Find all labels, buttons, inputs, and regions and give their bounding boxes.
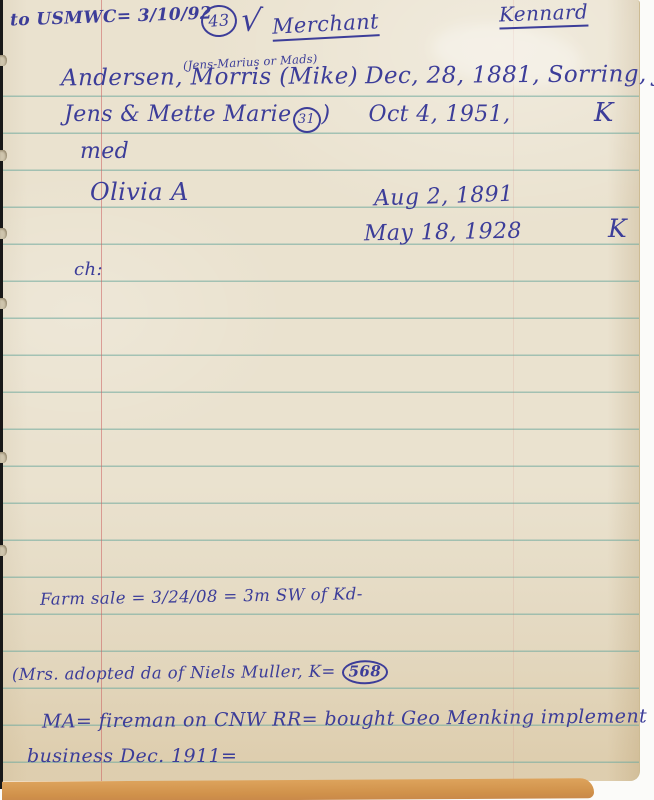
marriage-word: med (80, 140, 129, 163)
torn-hole (0, 545, 7, 556)
check-mark-icon: √ (239, 3, 264, 39)
parents-line: Jens & Mette Marie 31 ) Oct 4, 1951, (64, 103, 510, 131)
torn-hole (0, 228, 7, 239)
torn-hole (0, 298, 7, 309)
faint-margin-line (513, 0, 514, 781)
farm-sale-note: Farm sale = 3/24/08 = 3m SW of Kd- (40, 585, 363, 608)
notebook-page: to USMWC= 3/10/92 43 √ Merchant Kennard … (2, 0, 640, 781)
underlying-page-edge (2, 778, 594, 800)
adoption-note: (Mrs. adopted da of Niels Muller, K= (12, 663, 336, 684)
circled-adoption-reference: 568 (342, 660, 389, 684)
spouse-death-date: May 18, 1928 (364, 220, 522, 246)
spouse-k-mark: K (608, 216, 627, 242)
head-k-mark: K (594, 100, 614, 127)
circled-reference-number: 31 (293, 107, 321, 133)
binding-edge (0, 0, 3, 789)
head-birth-date: Dec, 28, 1881, Sorring, Jylland (365, 62, 654, 89)
head-name: Andersen, Morris (Mike) (61, 64, 358, 90)
adoption-note-line: (Mrs. adopted da of Niels Muller, K= 568 (12, 660, 388, 688)
town-heading: Kennard (499, 0, 589, 30)
head-death-date: Oct 4, 1951, (369, 103, 511, 126)
occupation-heading: Merchant (271, 9, 379, 42)
children-label: ch: (74, 261, 103, 280)
torn-hole (0, 452, 7, 463)
torn-hole (0, 150, 7, 161)
close-paren: ) (322, 103, 331, 126)
source-note: to USMWC= 3/10/92 (10, 5, 213, 30)
torn-hole (0, 55, 7, 66)
biography-note-line2: business Dec. 1911= (27, 747, 237, 767)
spouse-name: Olivia A (90, 180, 189, 205)
spouse-birth-date: Aug 2, 1891 (374, 183, 514, 211)
parents-names: Jens & Mette Marie (64, 103, 292, 126)
circled-page-number: 43 (200, 4, 238, 38)
biography-note-line1: MA= fireman on CNW RR= bought Geo Menkin… (42, 707, 647, 732)
head-of-family-line: Andersen, Morris (Mike) Dec, 28, 1881, S… (61, 62, 654, 91)
